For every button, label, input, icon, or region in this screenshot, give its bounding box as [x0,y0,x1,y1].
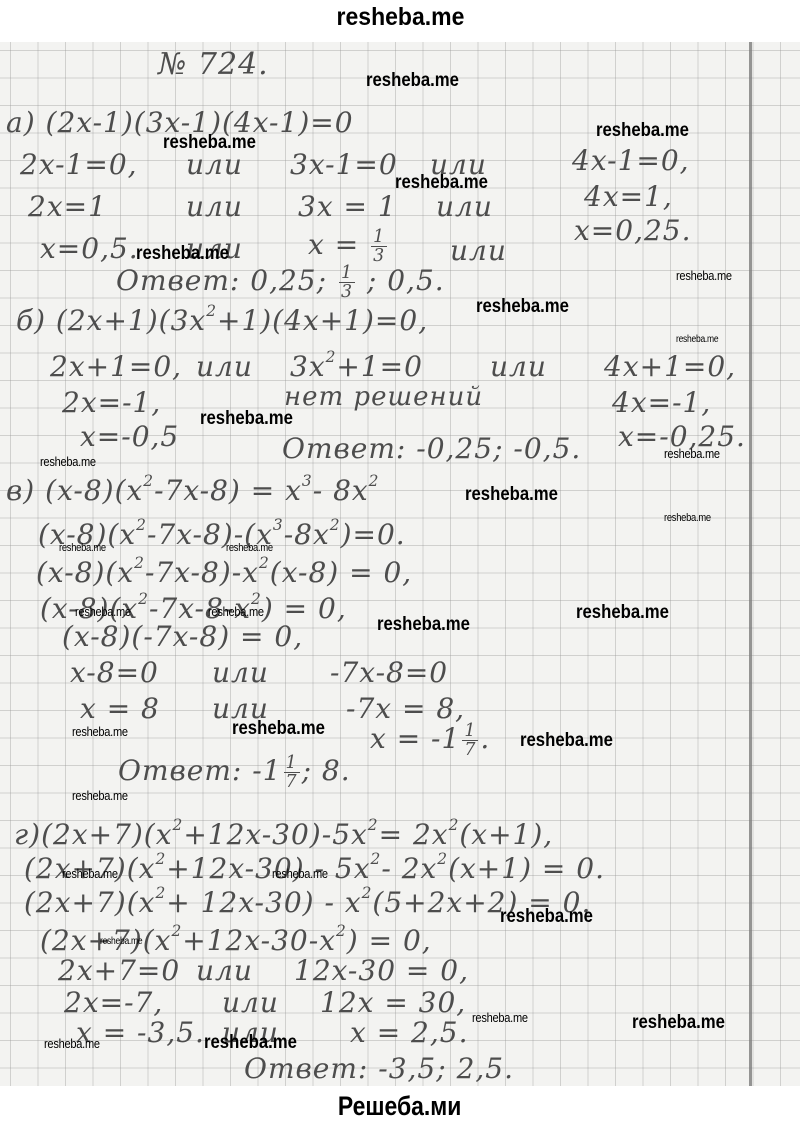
watermark: resheba.me [520,730,613,752]
fraction-num: 1 [339,264,355,283]
notebook-page: № 724. а) (2x-1)(3x-1)(4x-1)=0 2x-1=0, и… [0,42,800,1086]
exponent: 2 [171,922,182,940]
site-header-text: resheba.me [336,2,464,32]
part-b-line1-c3: 4x+1=0, [604,352,736,382]
part-g-line7-c2: x = 2,5. [350,1018,468,1048]
exponent: 3 [302,472,313,490]
part-a-line1-c2: 3x-1=0 [290,150,398,180]
watermark: resheba.me [59,542,106,554]
fraction-den: 7 [286,773,298,791]
part-a-line1-c1: 2x-1=0, [20,150,138,180]
exponent: 2 [259,554,270,572]
exponent: 2 [134,554,145,572]
part-a-line2-sep2: или [436,192,493,222]
part-v-label: в) [6,474,35,507]
seg: x = -1 [370,722,460,755]
site-header: resheba.me [0,0,800,42]
fraction: 13 [371,228,387,265]
part-a-line2-c1: 2x=1 [28,192,107,222]
problem-number: № 724. [158,50,269,80]
watermark: resheba.me [208,604,264,619]
exponent: 3 [273,516,284,534]
part-g-line4: (2x+7)(x2+12x-30-x2) = 0, [40,926,432,956]
exponent: 2 [336,922,347,940]
exponent: 2 [136,516,147,534]
part-g-label: г) [14,818,41,851]
part-g-line1: г)(2x+7)(x2+12x-30)-5x2= 2x2(x+1), [14,820,553,850]
exponent: 2 [155,850,166,868]
part-a-line2-c2: 3x = 1 [298,192,397,222]
seg: (x-8) = 0, [270,556,412,589]
part-v-line7-c1: x = 8 [80,694,160,724]
watermark: resheba.me [136,243,229,265]
exponent: 2 [362,884,373,902]
seg: +12x-30) - 5x [166,852,370,885]
watermark: resheba.me [596,120,689,142]
seg: -8x [284,518,330,551]
watermark: resheba.me [472,1010,528,1025]
part-a-line2-c3: 4x=1, [584,182,673,212]
exponent: 2 [326,348,337,366]
part-g-line5-c2: 12x-30 = 0, [294,956,469,986]
part-b-label: б) [16,304,46,337]
part-a-answer: Ответ: 0,25; 13 ; 0,5. [116,264,445,301]
watermark: resheba.me [100,936,142,947]
fraction-den: 7 [464,741,476,759]
exponent: 2 [369,472,380,490]
watermark: resheba.me [40,454,96,469]
part-b-line1-sep1: или [196,352,253,382]
seg: -7x-8)-x [145,556,259,589]
watermark: resheba.me [75,604,131,619]
seg: - 8x [313,474,369,507]
part-v-answer: Ответ: -117; 8. [118,754,351,791]
part-a-line3-c3: x=0,25. [574,216,692,246]
part-b-line1-sep2: или [490,352,547,382]
fraction-den: 3 [373,247,385,265]
seg: (x-8)(x [36,556,134,589]
part-a-line3-c1: x=0,5. [40,234,139,264]
fraction: 17 [284,754,300,791]
answer-suffix: ; 0,5. [367,264,445,297]
watermark: resheba.me [632,1012,725,1034]
exponent: 2 [173,816,184,834]
watermark: resheba.me [232,718,325,740]
part-a-label: а) [6,106,36,139]
watermark: resheba.me [44,1036,100,1051]
part-a-line2-sep1: или [186,192,243,222]
part-b-line2-c3: 4x=-1, [612,388,711,418]
fraction-den: 3 [341,283,353,301]
watermark: resheba.me [476,296,569,318]
seg: +12x-30)-5x [183,818,367,851]
exponent: 2 [437,850,448,868]
watermark: resheba.me [500,906,593,928]
part-g-line5-sep: или [196,956,253,986]
part-b-equation: б) (2x+1)(3x2+1)(4x+1)=0, [16,306,428,336]
seg: (x+1), [459,818,553,851]
part-v-line7-c2: -7x = 8, [346,694,465,724]
watermark: resheba.me [72,724,128,739]
part-v-line3: (x-8)(x2-7x-8)-x2(x-8) = 0, [36,558,412,588]
part-v-line1: в) (x-8)(x2-7x-8) = x3- 8x2 [6,476,379,506]
watermark: resheba.me [576,602,669,624]
part-a-line1-sep1: или [186,150,243,180]
part-g-answer: Ответ: -3,5; 2,5. [244,1054,514,1084]
seg: = 2x [379,818,449,851]
part-a-line1-c3: 4x-1=0, [572,146,690,176]
part-v-line6-c1: x-8=0 [70,658,159,688]
exponent: 2 [330,516,341,534]
watermark: resheba.me [664,446,720,461]
exponent: 2 [371,850,382,868]
seg: (2x+7)(x [41,818,172,851]
part-v-line8: x = -117. [370,722,490,759]
c2-pre: 3x [290,350,326,383]
watermark: resheba.me [204,1032,297,1054]
seg: - 2x [381,852,437,885]
exponent: 2 [143,472,154,490]
watermark: resheba.me [72,788,128,803]
exponent: 2 [368,816,379,834]
watermark: resheba.me [465,484,558,506]
seg: ) = 0, [347,924,432,957]
eq-pre: (2x+1)(3x [56,304,206,337]
part-b-line2-c2: нет решений [284,382,483,412]
part-b-line2-c1: 2x=-1, [62,388,161,418]
answer-prefix: Ответ: -1 [118,754,282,787]
part-a-line3-sep2: или [450,236,507,266]
seg: (2x+7)(x [24,886,155,919]
c2-post: +1=0 [336,350,423,383]
eq-post: +1)(4x+1)=0, [217,304,428,337]
site-footer: Решеба.ми [0,1086,800,1128]
part-b-answer: Ответ: -0,25; -0,5. [282,434,581,464]
seg: +12x-30-x [182,924,336,957]
part-v-line6-c2: -7x-8=0 [330,658,448,688]
exponent: 2 [206,302,217,320]
part-v-line6-sep: или [212,658,269,688]
watermark: resheba.me [664,512,711,524]
part-g-line6-c1: 2x=-7, [64,988,163,1018]
watermark: resheba.me [272,866,328,881]
part-g-line5-c1: 2x+7=0 [58,956,180,986]
seg: (x+1) = 0. [448,852,605,885]
seg: (x-8)(x [45,474,143,507]
seg: )=0. [341,518,406,551]
seg: . [480,722,490,755]
part-v-line5: (x-8)(-7x-8) = 0, [62,622,303,652]
seg: -7x-8) = x [154,474,302,507]
fraction-num: 1 [371,228,387,247]
exponent: 2 [155,884,166,902]
part-g-line6-sep: или [222,988,279,1018]
part-a-line3-c2-prefix: x = [308,228,359,261]
site-footer-text: Решеба.ми [338,1086,462,1126]
watermark: resheba.me [377,614,470,636]
exponent: 2 [449,816,460,834]
fraction: 13 [339,264,355,301]
fraction-num: 1 [284,754,300,773]
watermark: resheba.me [676,268,732,283]
part-a-line3-c2: x = 13 [308,228,389,265]
watermark: resheba.me [226,542,273,554]
watermark: resheba.me [200,408,293,430]
watermark: resheba.me [163,132,256,154]
watermark: resheba.me [366,70,459,92]
part-b-line3-c1: x=-0,5 [80,422,179,452]
fraction-num: 1 [462,722,478,741]
watermark: resheba.me [62,866,118,881]
answer-suffix: ; 8. [302,754,351,787]
margin-line [749,42,752,1086]
fraction: 17 [462,722,478,759]
answer-prefix: Ответ: 0,25; [116,264,327,297]
part-b-line1-c2: 3x2+1=0 [290,352,423,382]
exponent: 2 [138,590,149,608]
part-g-line6-c2: 12x = 30, [320,988,466,1018]
watermark: resheba.me [395,172,488,194]
part-b-line1-c1: 2x+1=0, [50,352,182,382]
seg: + 12x-30) - x [166,886,361,919]
watermark: resheba.me [676,334,718,345]
